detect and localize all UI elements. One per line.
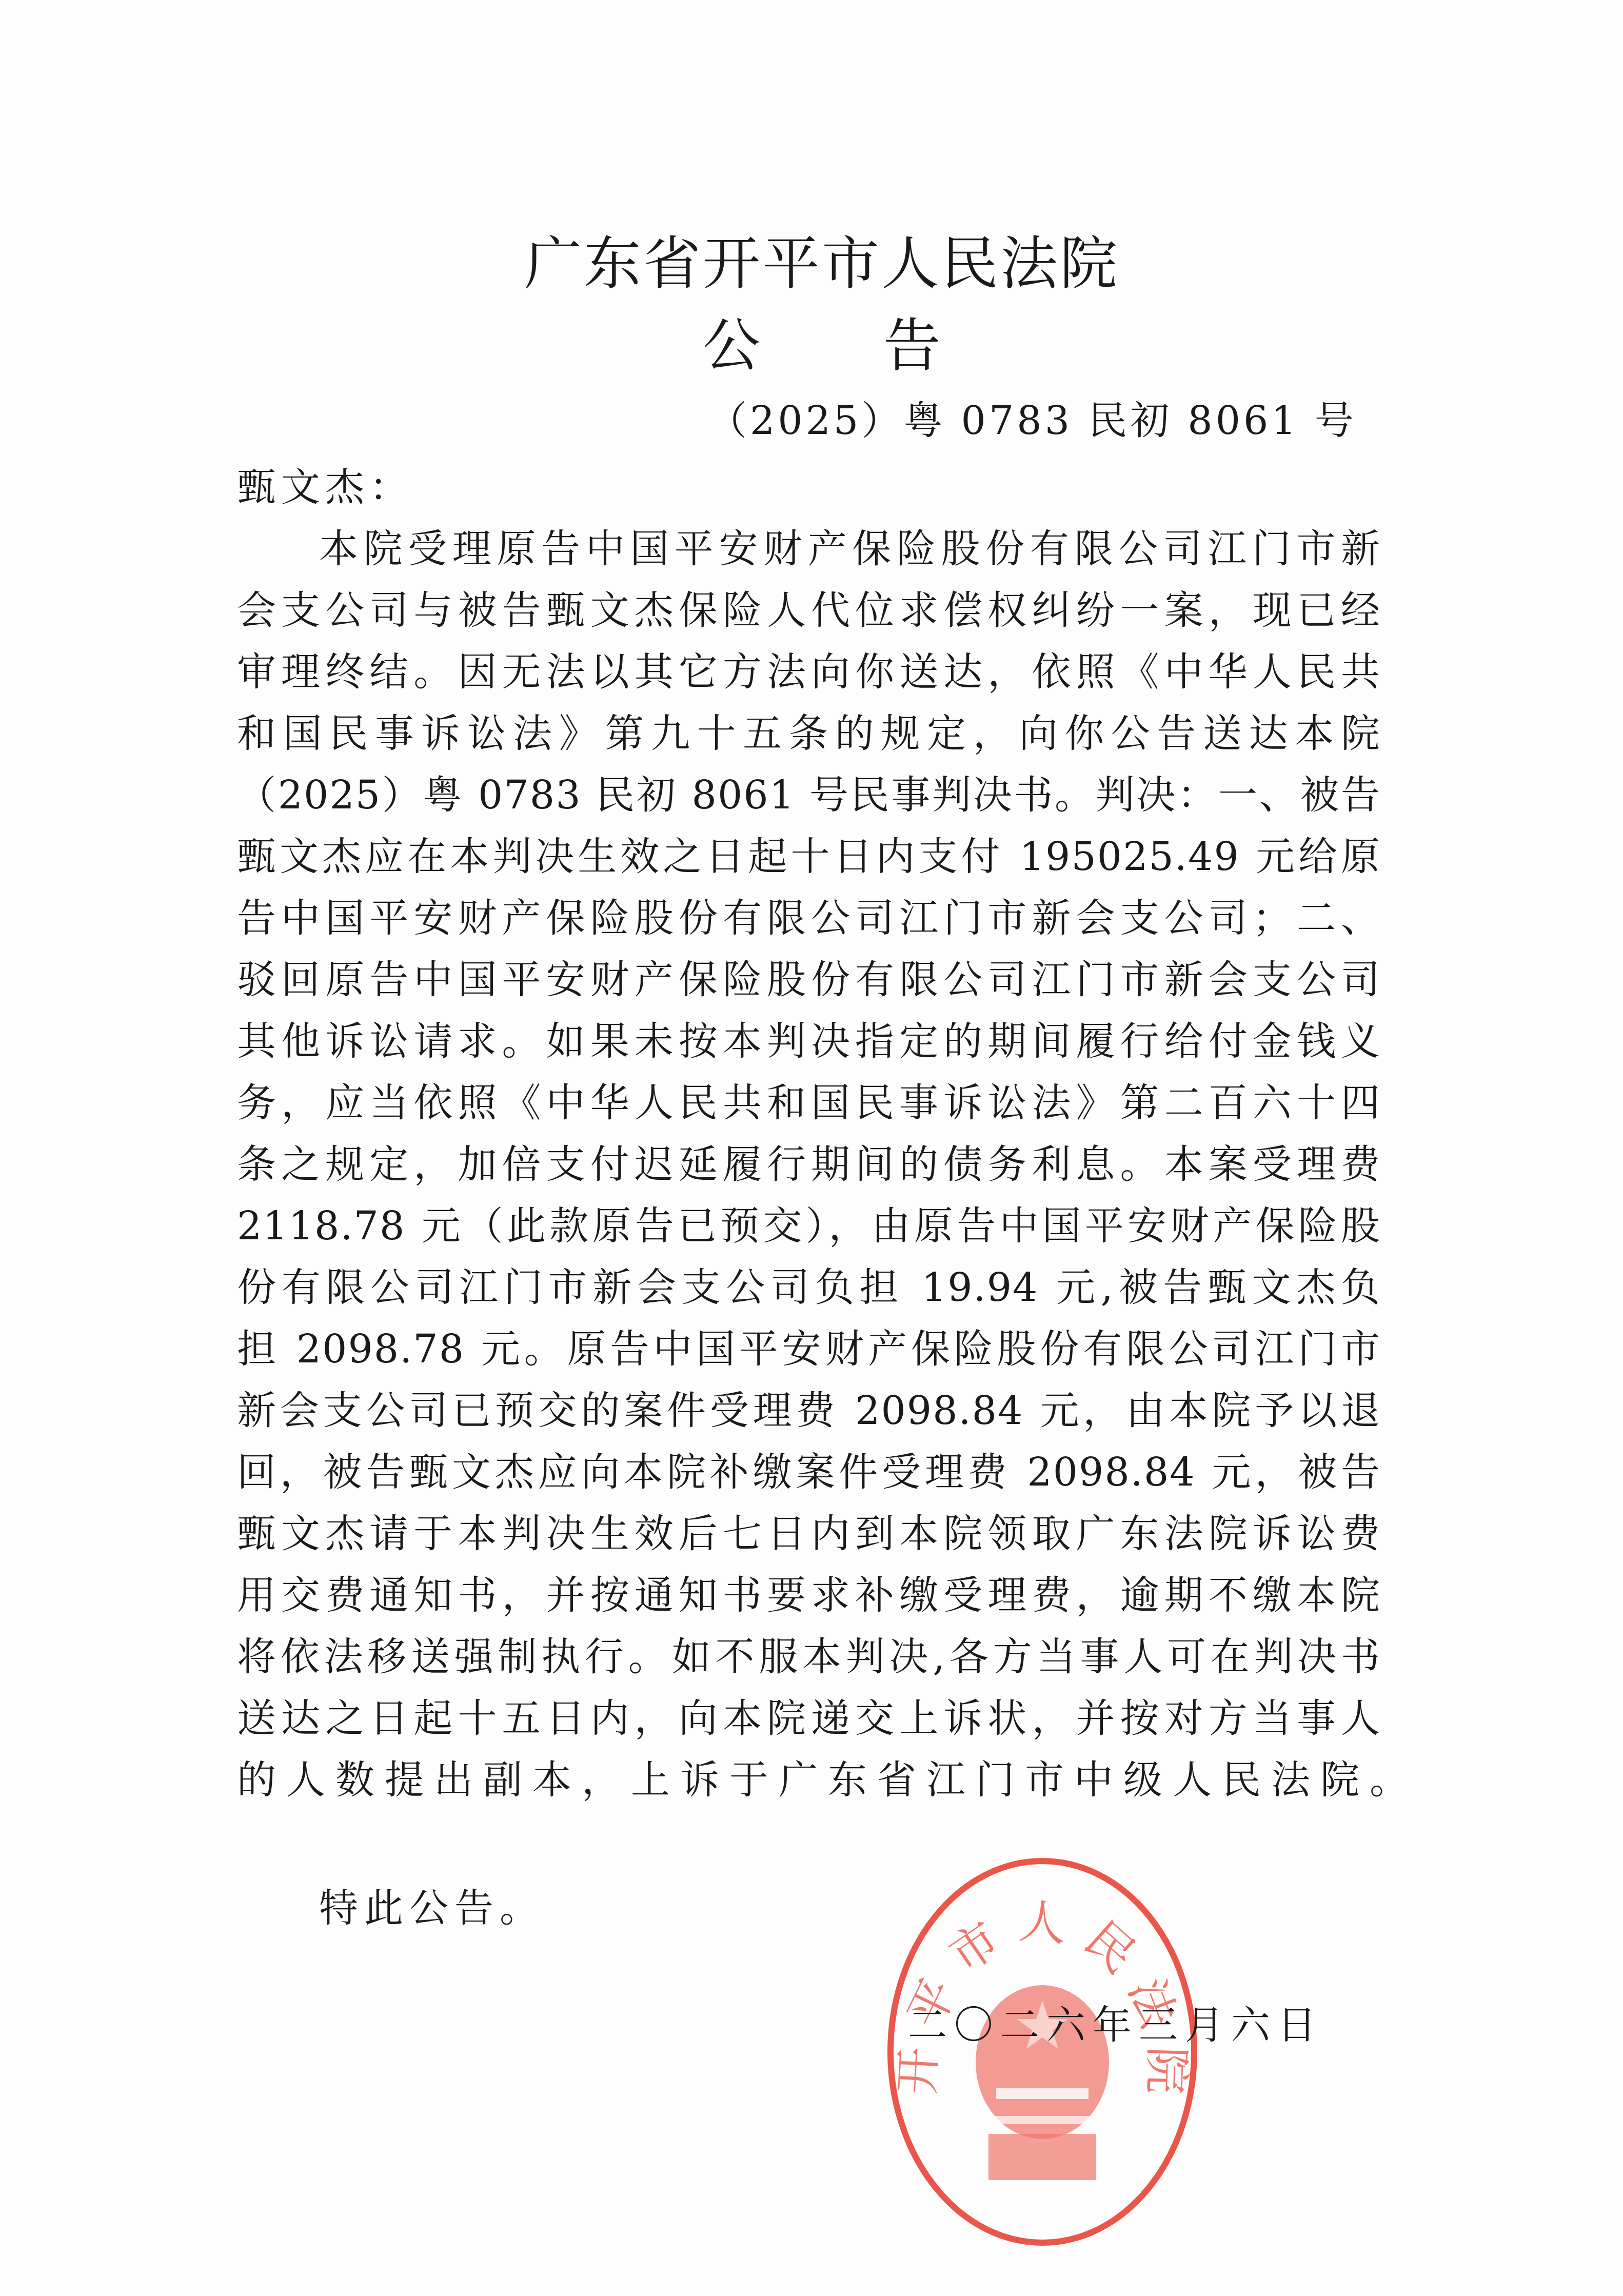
body-line: 甄文杰请于本判决生效后七日内到本院领取广东法院诉讼费 [237, 1503, 1381, 1565]
body-line: 和国民事诉讼法》第九十五条的规定，向你公告送达本院 [237, 703, 1381, 764]
body-line: 新会支公司已预交的案件受理费 2098.84 元，由本院予以退 [237, 1380, 1381, 1441]
body-line: 回，被告甄文杰应向本院补缴案件受理费 2098.84 元，被告 [237, 1441, 1381, 1503]
body-line: 务，应当依照《中华人民共和国民事诉讼法》第二百六十四 [237, 1072, 1381, 1134]
body-line: 甄文杰应在本判决生效之日起十日内支付 195025.49 元给原 [237, 826, 1381, 887]
case-number: （2025）粤 0783 民初 8061 号 [708, 390, 1357, 451]
body-line: 会支公司与被告甄文杰保险人代位求偿权纠纷一案，现已经 [237, 580, 1381, 641]
body-line: 驳回原告中国平安财产保险股份有限公司江门市新会支公司 [237, 949, 1381, 1011]
body-line: 的人数提出副本，上诉于广东省江门市中级人民法院。 [237, 1749, 1381, 1811]
issue-date: 二〇二六年三月六日 [908, 1994, 1323, 2056]
body-line: 告中国平安财产保险股份有限公司江门市新会支公司；二、 [237, 887, 1381, 949]
body-line: 将依法移送强制执行。如不服本判决,各方当事人可在判决书 [237, 1626, 1381, 1688]
body-line: （2025）粤 0783 民初 8061 号民事判决书。判决：一、被告 [237, 764, 1381, 826]
closing-statement: 特此公告。 [319, 1877, 545, 1939]
body-line: 2118.78 元（此款原告已预交），由原告中国平安财产保险股 [237, 1195, 1381, 1257]
document-type-title: 公告 [703, 308, 1064, 385]
body-line: 本院受理原告中国平安财产保险股份有限公司江门市新 [237, 518, 1381, 580]
body-line: 送达之日起十五日内，向本院递交上诉状，并按对方当事人 [237, 1688, 1381, 1749]
body-line: 用交费通知书，并按通知书要求补缴受理费，逾期不缴本院 [237, 1565, 1381, 1626]
body-line: 条之规定，加倍支付迟延履行期间的债务利息。本案受理费 [237, 1134, 1381, 1195]
recipient-salutation: 甄文杰： [237, 457, 413, 518]
body-line: 其他诉讼请求。如果未按本判决指定的期间履行给付金钱义 [237, 1011, 1381, 1072]
notice-body: 本院受理原告中国平安财产保险股份有限公司江门市新 会支公司与被告甄文杰保险人代位… [237, 518, 1381, 1811]
body-line: 审理终结。因无法以其它方法向你送达，依照《中华人民共 [237, 641, 1381, 703]
body-line: 担 2098.78 元。原告中国平安财产保险股份有限公司江门市 [237, 1318, 1381, 1380]
court-name-heading: 广东省开平市人民法院 [0, 226, 1623, 303]
body-line: 份有限公司江门市新会支公司负担 19.94 元,被告甄文杰负 [237, 1257, 1381, 1318]
document-page: 广东省开平市人民法院 公告 （2025）粤 0783 民初 8061 号 甄文杰… [0, 0, 1623, 2296]
